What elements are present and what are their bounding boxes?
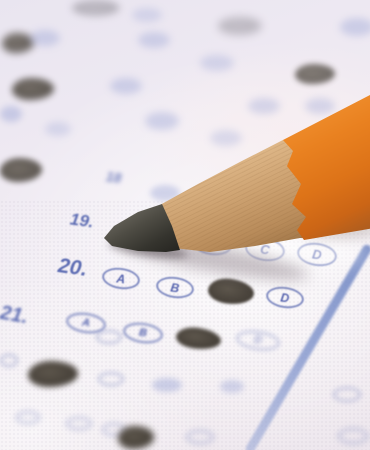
- blurred-bubble: [30, 30, 60, 46]
- blurred-bubble: [132, 8, 162, 22]
- smudge-mark: [218, 17, 262, 35]
- blurred-bubble: [138, 32, 170, 48]
- blurred-bubble: [98, 372, 124, 386]
- blurred-bubble: [338, 428, 368, 444]
- question-number-20: 20.: [56, 254, 88, 282]
- blurred-bubble: [152, 378, 182, 392]
- blurred-bubble: [248, 98, 280, 114]
- question-number-18: 18: [105, 168, 123, 186]
- blurred-bubble: [110, 78, 142, 94]
- blurred-bubble: [200, 55, 234, 71]
- blurred-bubble: [145, 112, 179, 130]
- bubble-letter: A: [81, 317, 90, 329]
- bubble-letter: B: [138, 327, 147, 339]
- blurred-bubble: [16, 411, 40, 424]
- bubble-letter: D: [280, 291, 290, 304]
- blurred-bubble: [0, 106, 22, 122]
- blurred-bubble: [186, 430, 214, 444]
- question-number-21: 21.: [0, 302, 30, 329]
- blurred-bubble: [0, 354, 18, 367]
- blurred-bubble: [210, 130, 242, 146]
- bubble-letter: D: [253, 334, 262, 346]
- blurred-bubble: [45, 122, 71, 136]
- question-number-19: 19.: [69, 209, 95, 232]
- bubble-letter: B: [170, 281, 180, 294]
- blurred-bubble: [333, 387, 361, 402]
- blurred-bubble: [96, 330, 122, 344]
- blurred-bubble: [305, 98, 335, 114]
- blurred-bubble: [340, 18, 370, 36]
- smudge-mark: [72, 0, 120, 16]
- blurred-bubble: [220, 380, 244, 393]
- bubble-letter: A: [116, 272, 126, 285]
- blurred-bubble: [66, 417, 92, 430]
